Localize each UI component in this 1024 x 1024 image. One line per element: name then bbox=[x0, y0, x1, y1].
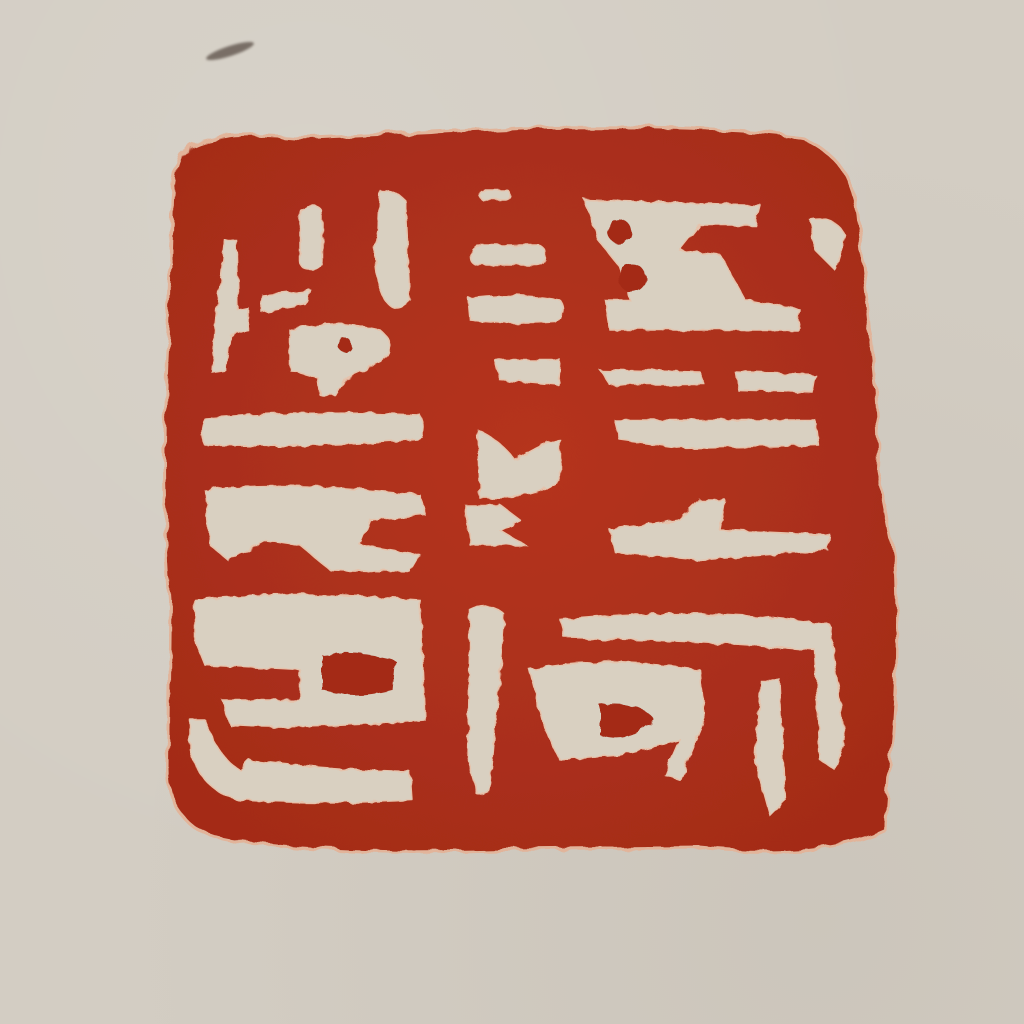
seal-impression: Chinese seal impression (intaglio / baiw… bbox=[0, 0, 1024, 1024]
seal-svg bbox=[0, 0, 1024, 1024]
